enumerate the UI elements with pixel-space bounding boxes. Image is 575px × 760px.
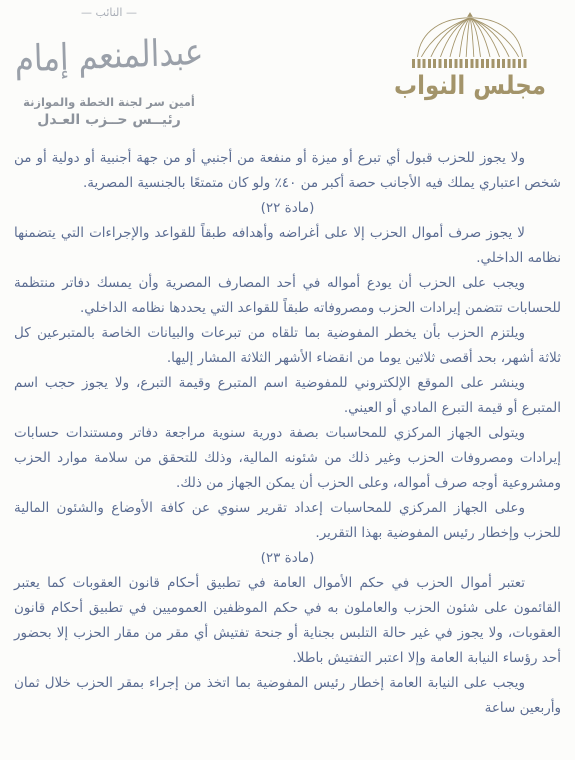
paragraph-donation-notification: ويلتزم الحزب بأن يخطر المفوضية بما تلقاه… [14,321,561,371]
letterhead: — النائب — عبدالمنعم إمام أمين سر لجنة ا… [0,0,575,146]
parliament-logo: مجلس النواب [381,12,559,99]
paragraph-spending-rules: لا يجوز صرف أموال الحزب إلا على أغراضه و… [14,221,561,271]
paragraph-foreign-donations: ولا يجوز للحزب قبول أي تبرع أو ميزة أو م… [14,146,561,196]
document-body: ولا يجوز للحزب قبول أي تبرع أو ميزة أو م… [14,146,561,760]
deputy-signature-calligraphy: عبدالمنعم إمام [13,8,205,103]
paragraph-public-funds: تعتبر أموال الحزب في حكم الأموال العامة … [14,571,561,671]
deputy-letterhead: — النائب — عبدالمنعم إمام أمين سر لجنة ا… [14,6,204,128]
paragraph-central-audit: ويتولى الجهاز المركزي للمحاسبات بصفة دور… [14,421,561,496]
deputy-role-line2: رئيــس حــزب العـدل [14,112,204,128]
article-23-heading: (مادة ٢٣) [14,546,561,571]
article-22-heading: (مادة ٢٢) [14,196,561,221]
dome-colonnade-base [412,59,528,68]
parliament-name: مجلس النواب [381,71,559,100]
paragraph-annual-report: وعلى الجهاز المركزي للمحاسبات إعداد تقري… [14,496,561,546]
paragraph-bank-deposit: ويجب على الحزب أن يودع أمواله في أحد الم… [14,271,561,321]
paragraph-prosecution-notice: ويجب على النيابة العامة إخطار رئيس المفو… [14,671,561,721]
paragraph-website-publication: وينشر على الموقع الإلكتروني للمفوضية اسم… [14,371,561,421]
parliament-dome-icon [408,12,532,58]
document-page: — النائب — عبدالمنعم إمام أمين سر لجنة ا… [0,0,575,760]
